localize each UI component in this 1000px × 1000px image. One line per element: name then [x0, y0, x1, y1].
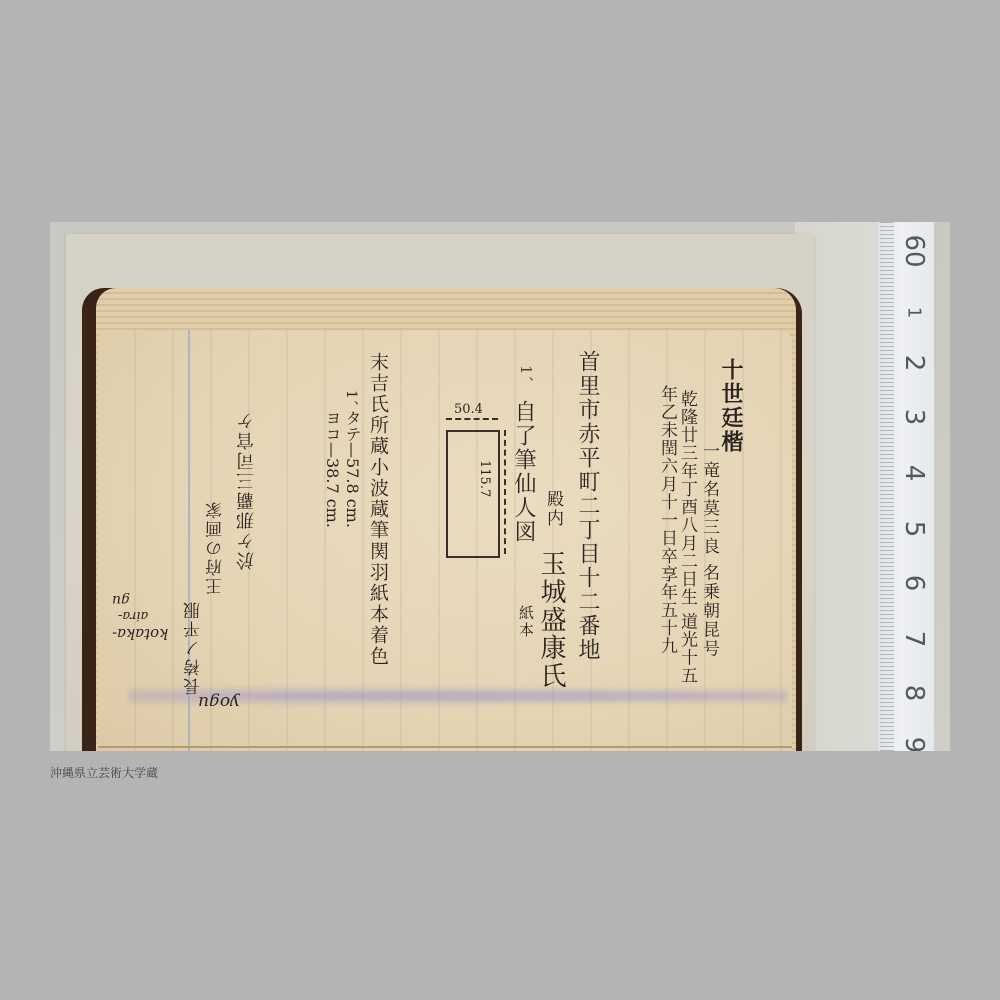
entry-birth-line: 乾隆廿三年丁酉八月二日生 道光十五	[678, 390, 695, 684]
inverted-note-2: 王府の画家	[208, 500, 225, 595]
dims-yoko: ヨコ—38.7 cm.	[324, 410, 340, 528]
inverted-latin-2: aira-	[118, 608, 148, 623]
ruler-label: 7	[899, 621, 929, 657]
owner-2-description: 末吉氏所蔵小波蔵筆関羽紙本着色	[368, 352, 387, 667]
width-dimension-line	[446, 418, 498, 420]
item-1-number: 1、	[518, 365, 533, 394]
inverted-latin-3: gu	[112, 592, 130, 608]
material-note: 紙本	[518, 605, 533, 639]
measuring-ruler: 60 1 2 3 4 5 6 7 8 9	[878, 222, 934, 751]
ruler-label: 2	[899, 345, 929, 381]
inverted-note-3: 長袴ノ平服	[186, 600, 203, 695]
bottom-rule	[98, 746, 792, 748]
item-1-title: 自了筆仙人図	[512, 400, 534, 544]
archival-photo: 十世廷楷 一竜名莫三良 名乗朝昆号 乾隆廿三年丁酉八月二日生 道光十五 年乙未閏…	[50, 222, 950, 751]
entry-name-line: 一竜名莫三良 名乗朝昆号	[700, 442, 717, 658]
ruler-label: 5	[899, 511, 929, 547]
owner-name: 玉城盛康氏	[538, 550, 564, 690]
inverted-note-1: 於ケ那覇三司官ケ	[238, 410, 256, 570]
ruler-label: 60	[899, 233, 929, 269]
height-dimension-line	[504, 430, 506, 554]
inverted-latin-4: yogu	[198, 692, 240, 712]
notebook-page: 十世廷楷 一竜名莫三良 名乗朝昆号 乾隆廿三年丁酉八月二日生 道光十五 年乙未閏…	[98, 330, 792, 751]
ruler-label: 3	[899, 399, 929, 435]
ruler-label: 6	[899, 565, 929, 601]
ruler-label: 9	[899, 727, 929, 751]
ruler-ticks	[880, 222, 894, 751]
ruler-label: 1	[904, 295, 925, 331]
image-credit-caption: 沖縄県立芸術大学蔵	[50, 764, 158, 781]
entry-death-line: 年乙未閏六月十一日卒享年五十九	[658, 385, 675, 655]
dims-tate: タテ—57.8 cm.	[344, 410, 360, 528]
height-label: 115.7	[478, 460, 491, 497]
address-text: 首里市赤平町二丁目十二番地	[576, 350, 598, 662]
width-label: 50.4	[454, 402, 483, 417]
inverted-latin-1: kotaka-	[112, 625, 168, 643]
ruler-label: 4	[899, 455, 929, 491]
entry-title: 十世廷楷	[720, 358, 742, 454]
owner-prefix: 殿内	[544, 490, 561, 528]
ruler-label: 8	[899, 675, 929, 711]
